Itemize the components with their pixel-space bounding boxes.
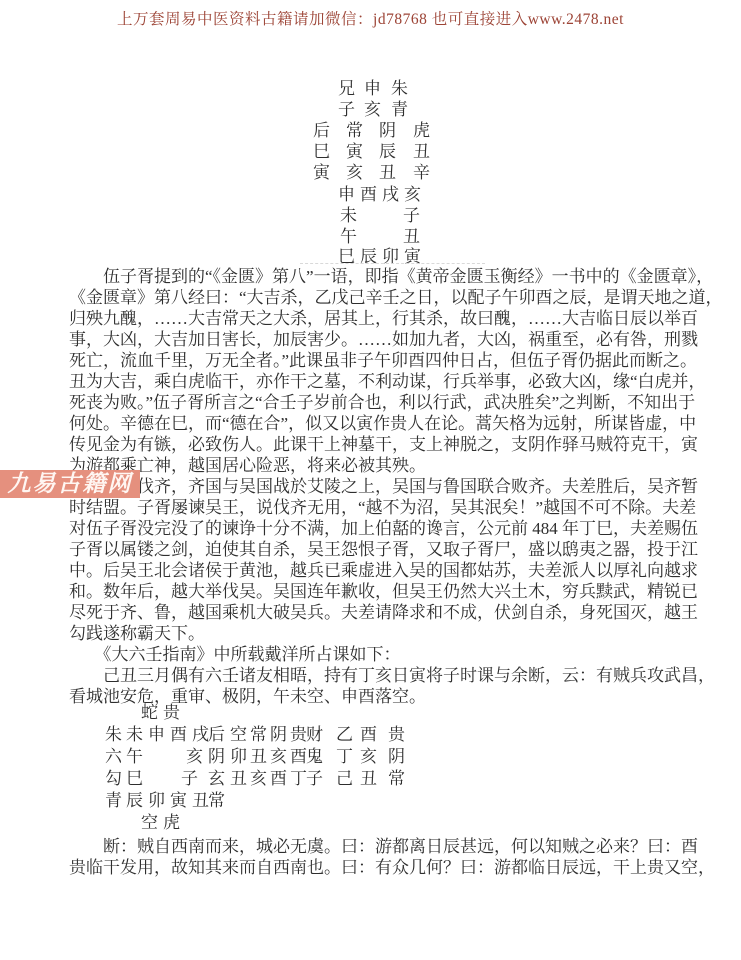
chart-cell: 午 [340, 228, 357, 245]
text-line: 对伍子胥没完没了的谏诤十分不满，加上伯嚭的谗言，公元前 484 年丁巳，夫差赐伍 [69, 518, 683, 539]
chart-cell: 亥 [346, 164, 363, 181]
text-line: 死亡，流血千里，万无全者。”此课虽非子午卯酉四仲日占，但伍子胥仍据此而断之。 [69, 350, 683, 371]
text-line: 子胥以属镂之剑，迫使其自杀，吴王怨恨子胥，又取子胥尸，盛以鸱夷之器，投于江 [69, 539, 683, 560]
chart-cell: 巳 [313, 143, 330, 160]
text-line: 事，大凶，大吉加日害长，加辰害少。……如加九者，大凶，祸重至，必有咎，刑戮 [69, 329, 683, 350]
chart-cell: 辰 [379, 143, 396, 160]
chart-cell: 后 [208, 726, 225, 743]
chart-cell: 子 [403, 207, 420, 224]
body-paragraph-bottom: 断：贼自西南而来，城必无虞。曰：游都离日辰甚远，何以知贼之必来？曰：酉贵临干发用… [69, 836, 683, 878]
chart-cell: 子 [181, 770, 198, 787]
text-line: 《大六壬指南》中所载戴洋所占课如下： [69, 644, 683, 665]
chart-cell: 申 [364, 80, 381, 97]
chart-cell: 勾 [105, 770, 122, 787]
text-line: 和。数年后，越大举伐吴。吴国连年歉收，但吴王仍然大兴土木，穷兵黩武，精锐已 [69, 581, 683, 602]
body-paragraphs-main: 伍子胥提到的“《金匮》第八”一语，即指《黄帝金匮玉衡经》一书中的《金匮章》，《金… [69, 266, 683, 707]
watermark-badge: 九易古籍网 [0, 470, 140, 498]
chart-cell: 朱 [105, 726, 122, 743]
text-line: 中。后吴王北会诸侯于黄池，越兵已乘虚进入吴的国都姑苏，夫差派人以厚礼向越求 [69, 560, 683, 581]
scan-artifact-line [300, 263, 485, 264]
chart-cell: 贵 [388, 726, 405, 743]
chart-cell: 寅 [313, 164, 330, 181]
chart-cell: 青 [391, 101, 408, 118]
chart-cell: 常 [208, 792, 225, 809]
chart-cell: 丑亥酉丁 [230, 770, 310, 787]
chart-cell: 阴 [208, 748, 225, 765]
text-line: 贵临干发用，故知其来而自西南也。曰：有众几何？曰：游都临日辰远，干上贵又空， [69, 857, 683, 878]
chart-cell: 午 [126, 748, 143, 765]
text-line: 传见金为有镞，必致伤人。此课干上神墓干，支上神脱之，支阴作驿马贼符克干，寅 [69, 434, 683, 455]
chart-cell: 鬼 [306, 748, 323, 765]
chart-cell: 阴 [388, 748, 405, 765]
chart-cell: 兄 [338, 80, 355, 97]
promo-header-text: 上万套周易中医资料古籍请加微信：jd78768 也可直接进入www.2478.n… [0, 7, 741, 29]
chart-cell: 后 [313, 122, 330, 139]
chart-cell: 财 [306, 726, 323, 743]
chart-cell: 常 [346, 122, 363, 139]
scanned-book-page: 上万套周易中医资料古籍请加微信：jd78768 也可直接进入www.2478.n… [0, 0, 741, 960]
text-line: 断：贼自西南而来，城必无虞。曰：游都离日辰甚远，何以知贼之必来？曰：酉 [69, 836, 683, 857]
chart-cell: 六 [105, 748, 122, 765]
text-line: 归殃九醜，……大吉常天之大杀，居其上，行其杀，故曰醜，……大吉临日辰以举百 [69, 308, 683, 329]
chart-cell: 巳 [126, 770, 143, 787]
chart-cell: 空虎 [141, 814, 185, 831]
chart-cell: 寅 [346, 143, 363, 160]
text-line: 何处。辛德在巳，而“德在合”，似又以寅作贵人在论。蒿矢格为远射，所谋皆虚，中 [69, 413, 683, 434]
text-line: 己丑三月偶有六壬诸友相晤，持有丁亥日寅将子时课与余断，云：有贼兵攻武昌， [69, 665, 683, 686]
text-line: 看城池安危，重审、极阴，午未空、申酉落空。 [69, 686, 683, 707]
text-line: 伍子胥提到的“《金匮》第八”一语，即指《黄帝金匮玉衡经》一书中的《金匮章》， [69, 266, 683, 287]
chart-cell: 阴 [379, 122, 396, 139]
chart-cell: 子 [306, 770, 323, 787]
chart-cell: 亥 [364, 101, 381, 118]
chart-cell: 空常阴贵 [230, 726, 310, 743]
chart-cell: 丁亥 [336, 748, 384, 765]
chart-cell: 卯丑亥酉 [230, 748, 310, 765]
chart-cell: 虎 [413, 122, 430, 139]
text-line: 勾践遂称霸天下。 [69, 623, 683, 644]
chart-cell: 丑 [379, 164, 396, 181]
chart-cell: 己丑 [336, 770, 384, 787]
chart-cell: 辛 [413, 164, 430, 181]
chart-cell: 丑 [413, 143, 430, 160]
chart-cell: 辰卯寅丑 [126, 792, 214, 809]
chart-cell: 子 [338, 101, 355, 118]
chart-cell: 丑 [403, 228, 420, 245]
chart-cell: 常 [388, 770, 405, 787]
text-line: 尽死于齐、鲁，越国乘机大破吴兵。夫差请降求和不成，伏剑自杀，身死国灭，越王 [69, 602, 683, 623]
chart-cell: 朱 [391, 80, 408, 97]
chart-cell: 未 [340, 207, 357, 224]
text-line: 死丧为败。”伍子胥所言之“合壬子岁前合也，利以行武，武决胜矣”之判断，不知出于 [69, 392, 683, 413]
chart-cell: 未申酉戌 [126, 726, 214, 743]
text-line: 《金匮章》第八经曰：“大吉杀，乙戊己辛壬之日，以配子午卯酉之辰，是谓天地之道， [69, 287, 683, 308]
chart-cell: 玄 [208, 770, 225, 787]
chart-cell: 亥 [186, 748, 203, 765]
text-line: 吴国伐齐，齐国与吴国战於艾陵之上，吴国与鲁国联合败齐。夫差胜后，吴齐暂 [69, 476, 683, 497]
text-line: 为游都乘亡神，越国居心险恶，将来必被其殃。 [69, 455, 683, 476]
chart-cell: 青 [105, 792, 122, 809]
chart-cell: 乙酉 [336, 726, 384, 743]
text-line: 时结盟。子胥屡谏吴王，说伐齐无用，“越不为沼，吴其泯矣！”越国不可不除。夫差 [69, 497, 683, 518]
text-line: 丑为大吉，乘白虎临干，亦作干之墓，不利动谋，行兵举事，必致大凶，缘“白虎并， [69, 371, 683, 392]
chart-cell: 申酉戌亥 [338, 186, 426, 203]
